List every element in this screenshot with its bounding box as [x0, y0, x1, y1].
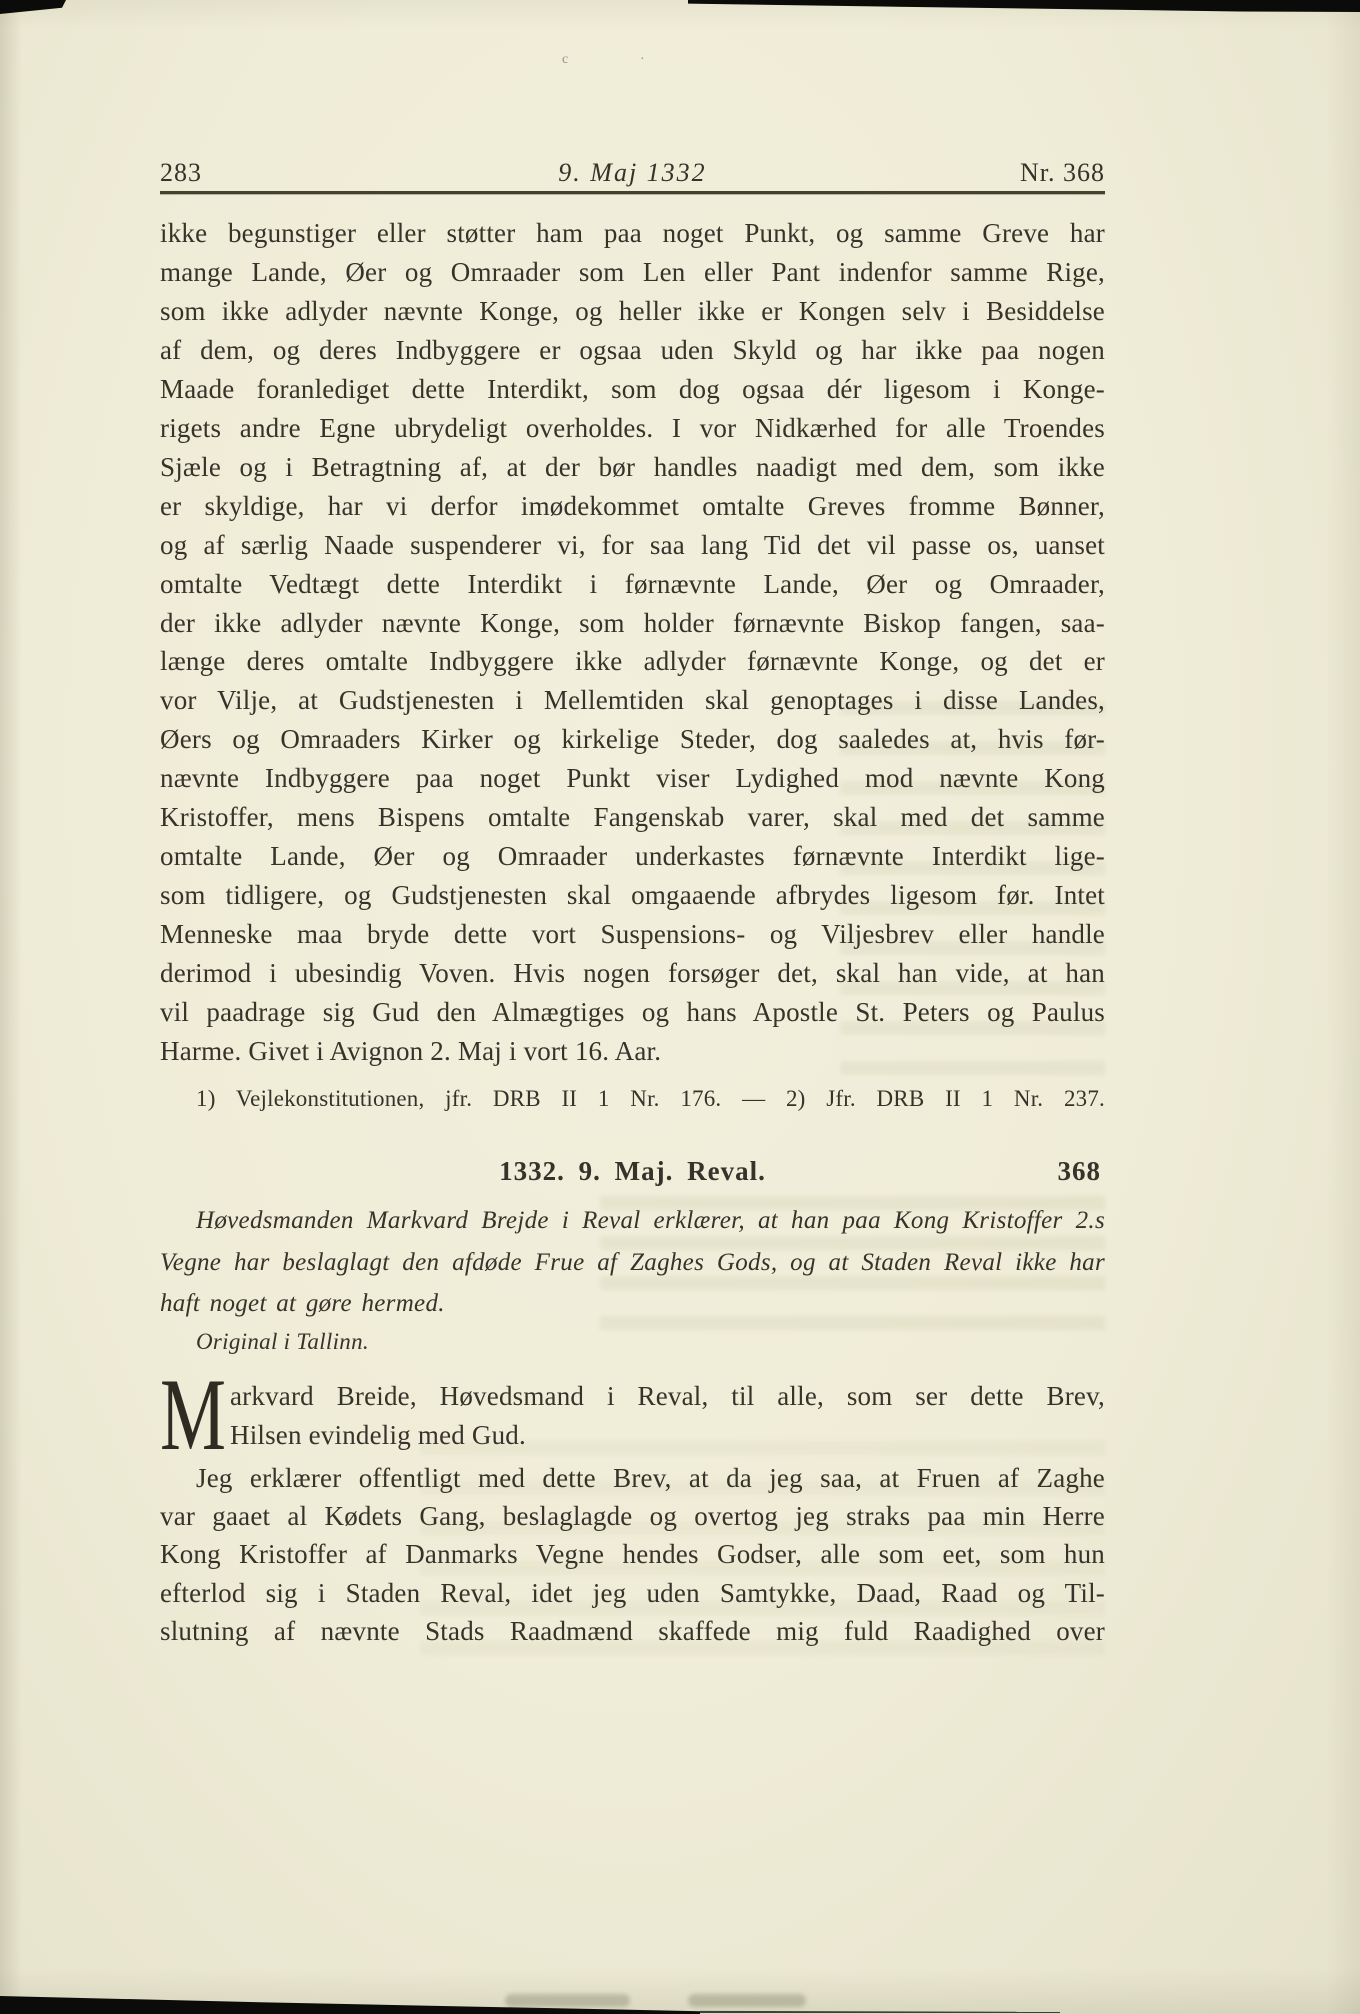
text-line: derimod i ubesindig Voven. Hvis nogen fo… [160, 954, 1105, 993]
paper-speck: · [640, 52, 645, 68]
text-line: som ikke adlyder nævnte Konge, og heller… [160, 292, 1105, 331]
text-line: slutning af nævnte Stads Raadmænd skaffe… [160, 1612, 1105, 1650]
text-line: vil paadrage sig Gud den Almægtiges og h… [160, 993, 1105, 1032]
text-line: Hilsen evindelig med Gud. [160, 1416, 1105, 1455]
text-line: nævnte Indbyggere paa noget Punkt viser … [160, 759, 1105, 798]
text-line: omtalte Lande, Øer og Omraader underkast… [160, 837, 1105, 876]
provenance-note: Original i Tallinn. [160, 1329, 1141, 1355]
book-page: c · 283 9. Maj 1332 Nr. 368 ikke begunst… [0, 0, 1360, 2014]
summary-line: Høvedsmanden Markvard Brejde i Reval erk… [160, 1200, 1105, 1242]
page-number: 283 [160, 158, 202, 188]
document-368-number: 368 [1058, 1156, 1102, 1187]
running-header: 283 9. Maj 1332 Nr. 368 [160, 158, 1105, 190]
scan-artifact-top-right [688, 0, 1360, 13]
text-line: Jeg erklærer offentligt med dette Brev, … [160, 1459, 1105, 1497]
scan-artifact-top-left [0, 0, 66, 14]
text-line: ikke begunstiger eller støtter ham paa n… [160, 214, 1105, 253]
opening-lines: arkvard Breide, Høvedsmand i Reval, til … [160, 1377, 1105, 1454]
text-line: af dem, og deres Indbyggere er ogsaa ude… [160, 331, 1105, 370]
document-368-summary: Høvedsmanden Markvard Brejde i Reval erk… [160, 1200, 1105, 1325]
text-line: var gaaet al Kødets Gang, beslaglagde og… [160, 1497, 1105, 1535]
document-body-continuation: ikke begunstiger eller støtter ham paa n… [160, 214, 1105, 1071]
text-line: som tidligere, og Gudstjenesten skal omg… [160, 876, 1105, 915]
document-368-body: Jeg erklærer offentligt med dette Brev, … [160, 1459, 1105, 1650]
text-line: Menneske maa bryde dette vort Suspension… [160, 915, 1105, 954]
running-date: 9. Maj 1332 [558, 158, 706, 188]
text-line: omtalte Vedtægt dette Interdikt i førnæv… [160, 565, 1105, 604]
text-line: arkvard Breide, Høvedsmand i Reval, til … [160, 1377, 1105, 1416]
document-368-heading: 1332. 9. Maj. Reval. 368 [160, 1156, 1105, 1190]
text-line: Kristoffer, mens Bispens omtalte Fangens… [160, 798, 1105, 837]
drop-cap: M [160, 1377, 206, 1453]
text-line: længe deres omtalte Indbyggere ikke adly… [160, 642, 1105, 681]
text-line: der ikke adlyder nævnte Konge, som holde… [160, 604, 1105, 643]
summary-line: haft noget at gøre hermed. [160, 1283, 1105, 1325]
text-line: vor Vilje, at Gudstjenesten i Mellemtide… [160, 681, 1105, 720]
document-368-date-place: 1332. 9. Maj. Reval. [499, 1156, 766, 1187]
text-line: mange Lande, Øer og Omraader som Len ell… [160, 253, 1105, 292]
summary-line: Vegne har beslaglagt den afdøde Frue af … [160, 1242, 1105, 1284]
bleed-through-smudge [505, 1994, 630, 2007]
text-line: rigets andre Egne ubrydeligt overholdes.… [160, 409, 1105, 448]
text-line: Øers og Omraaders Kirker og kirkelige St… [160, 720, 1105, 759]
bleed-through-smudge [688, 1994, 806, 2007]
text-line: Maade foranlediget dette Interdikt, som … [160, 370, 1105, 409]
text-line: Sjæle og i Betragtning af, at der bør ha… [160, 448, 1105, 487]
scan-artifact-top-corner [1318, 0, 1360, 11]
text-line: er skyldige, har vi derfor imødekommet o… [160, 487, 1105, 526]
document-number-header: Nr. 368 [1020, 158, 1105, 188]
footnotes: 1) Vejlekonstitutionen, jfr. DRB II 1 Nr… [160, 1084, 1105, 1114]
document-368-opening: M arkvard Breide, Høvedsmand i Reval, ti… [160, 1377, 1105, 1454]
text-line: Kong Kristoffer af Danmarks Vegne hendes… [160, 1535, 1105, 1573]
text-line: og af særlig Naade suspenderer vi, for s… [160, 526, 1105, 565]
text-line: Harme. Givet i Avignon 2. Maj i vort 16.… [160, 1032, 1105, 1071]
text-line: efterlod sig i Staden Reval, idet jeg ud… [160, 1574, 1105, 1612]
header-rule [160, 191, 1105, 194]
paper-speck: c [562, 52, 568, 68]
scan-artifact-bottom-line [700, 2010, 1060, 2013]
